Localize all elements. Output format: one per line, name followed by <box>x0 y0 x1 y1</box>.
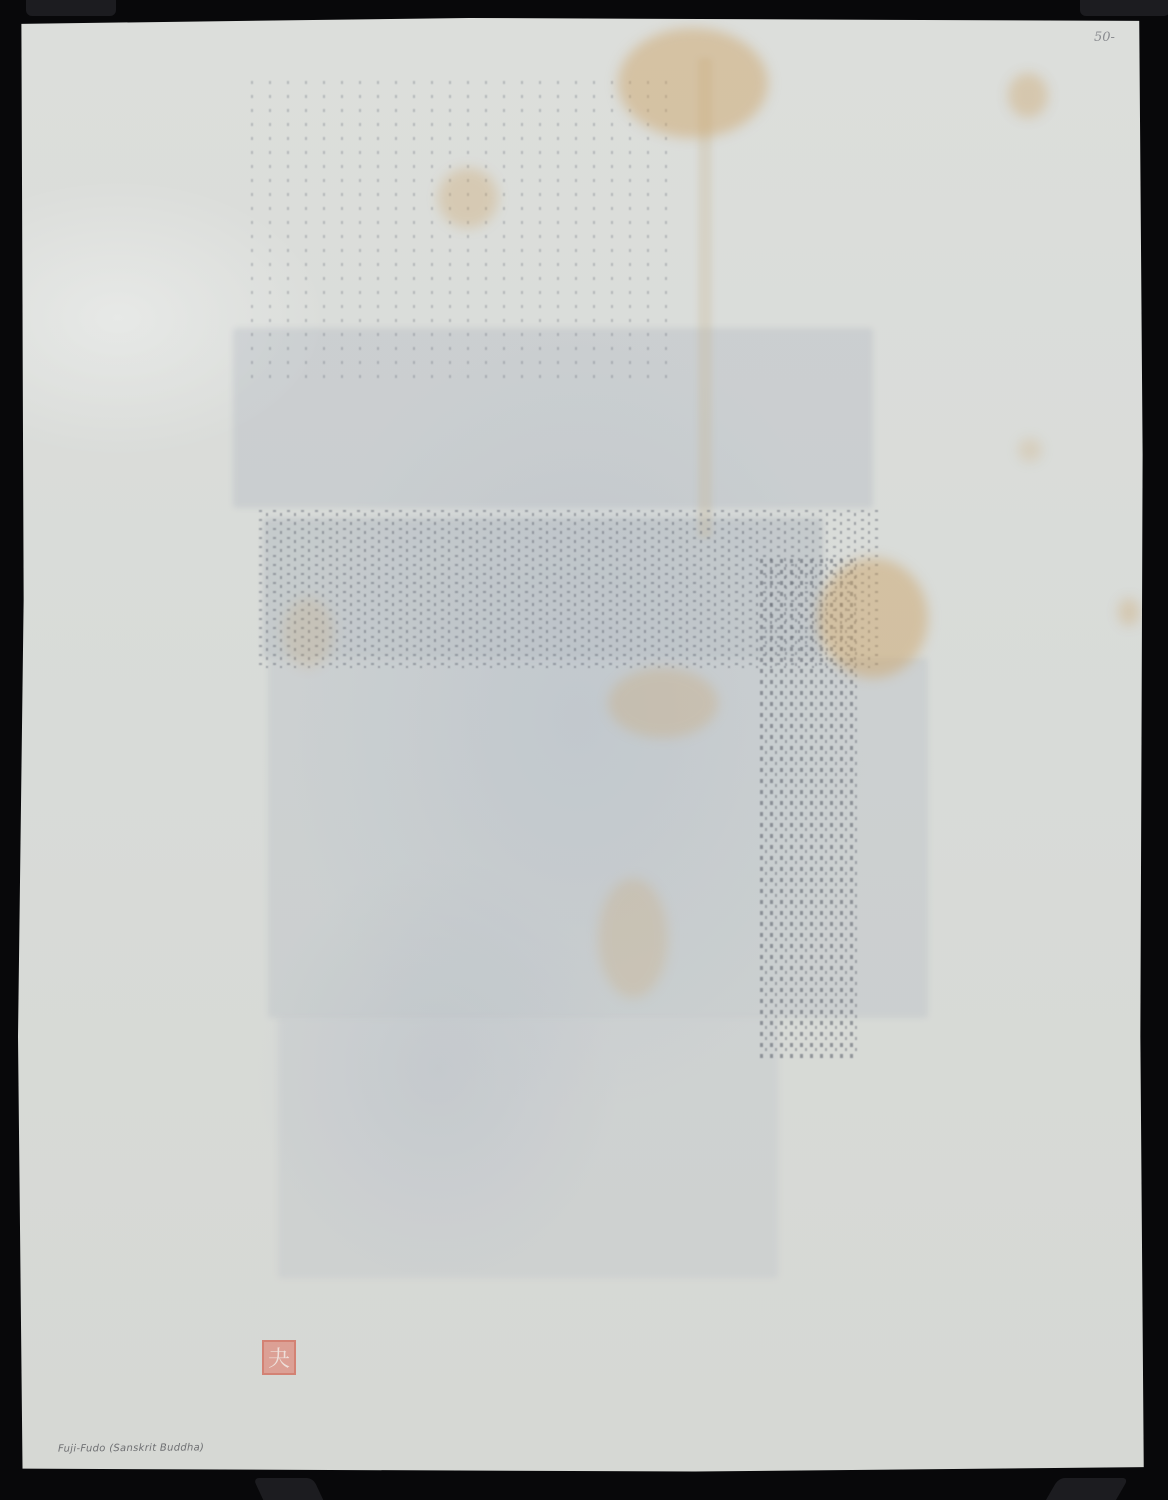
ink-speckle-upper <box>248 78 668 378</box>
foxing-spot-right <box>1018 438 1042 462</box>
bleed-block-bottom <box>278 1018 778 1278</box>
washi-paper-sheet: 50- <box>18 18 1146 1473</box>
foxing-spot-right-edge <box>1118 598 1140 626</box>
pencil-title-caption: Fuji-Fudo (Sanskrit Buddha) <box>58 1442 204 1454</box>
pencil-edition-number: 50- <box>1094 30 1115 45</box>
mounting-clip-top-right <box>1080 0 1168 16</box>
ochre-stain-center <box>608 668 718 738</box>
artist-seal: 夬 <box>262 1340 296 1375</box>
ochre-stain-right <box>818 558 928 678</box>
mounting-clip-top-left <box>26 0 116 16</box>
ochre-stain-left <box>283 598 333 668</box>
foxing-spot-top-right <box>1008 73 1048 118</box>
ochre-stain-lower <box>598 878 668 998</box>
ochre-stain-upper-left <box>438 168 498 228</box>
seal-glyph: 夬 <box>268 1342 290 1373</box>
ochre-stain-top <box>618 28 768 138</box>
